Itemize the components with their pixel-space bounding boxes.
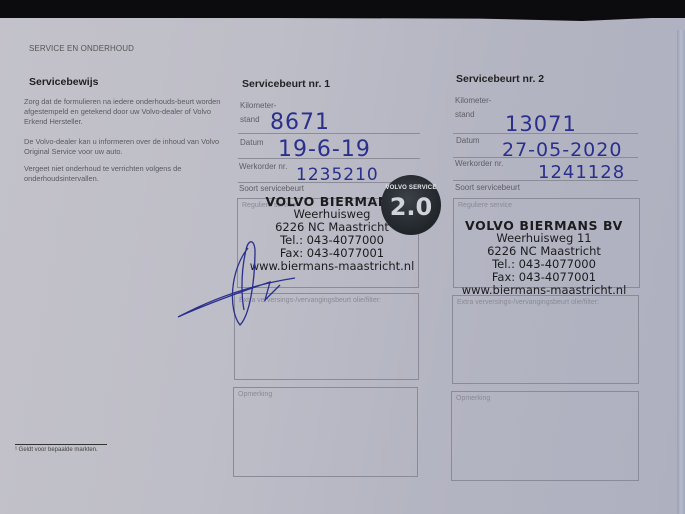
intro-paragraph: De Volvo-dealer kan u informeren over de… [24, 137, 224, 157]
workorder-label: Werkorder nr. [239, 160, 287, 174]
booklet-binding [677, 30, 685, 514]
signature-icon [170, 230, 310, 340]
service-1-title: Servicebeurt nr. 1 [242, 78, 330, 90]
intro-title: Servicebewijs [29, 76, 98, 88]
km-label: Kilometer-stand [455, 94, 491, 122]
date-label: Datum [240, 136, 264, 150]
service-1-remark-box: Opmerking [233, 387, 418, 477]
dealer-stamp: VOLVO BIERMANS BV Weerhuisweg 11 6226 NC… [444, 219, 644, 297]
workorder-label: Werkorder nr. [455, 157, 503, 171]
volvo-service-sticker: VOLVO SERVICE 2.0 [381, 175, 441, 235]
extra-service-label: Extra verversings-/vervangingsbeurt olie… [457, 299, 599, 306]
footnote: ¹ Geldt voor bepaalde markten. [15, 447, 98, 453]
service-2-extra-box: Extra verversings-/vervangingsbeurt olie… [452, 295, 639, 384]
field-rule [453, 133, 638, 134]
regular-service-label: Reguliere service [458, 202, 512, 209]
service-2-title: Servicebeurt nr. 2 [456, 73, 544, 85]
service-1-km: 8671 [270, 110, 330, 135]
intro-paragraph: Vergeet niet onderhoud te verrichten vol… [24, 164, 224, 184]
field-rule [238, 158, 420, 159]
intro-paragraph: Zorg dat de formulieren na iedere onderh… [24, 97, 224, 127]
remark-label: Opmerking [456, 395, 490, 402]
remark-label: Opmerking [238, 391, 272, 398]
date-label: Datum [456, 134, 480, 148]
service-2-remark-box: Opmerking [451, 391, 639, 481]
section-header: SERVICE EN ONDERHOUD [29, 44, 134, 53]
footnote-divider [15, 444, 107, 445]
field-rule [238, 133, 420, 134]
service-type-label: Soort servicebeurt [455, 181, 520, 195]
